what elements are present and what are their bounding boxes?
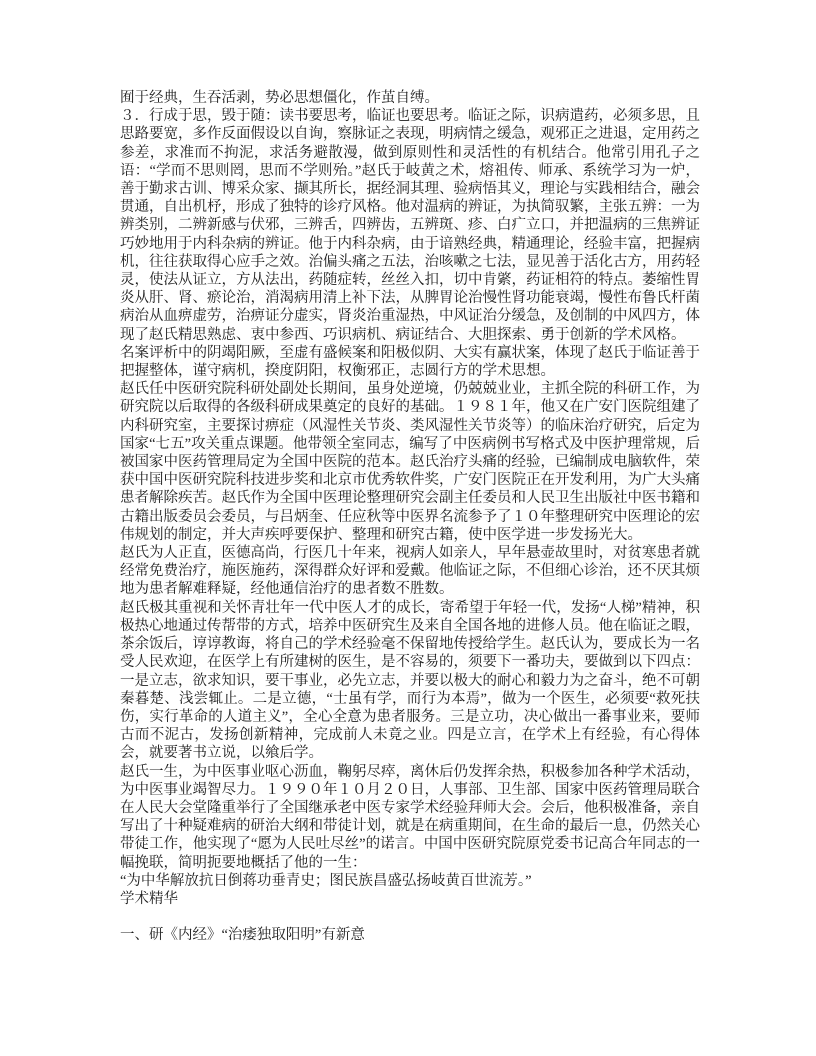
- paragraph: 赵氏一生，为中医事业呕心沥血，鞠躬尽瘁，离休后仍发挥余热，积极参加各种学术活动，…: [120, 763, 700, 872]
- paragraph: 名案评析中的阴竭阳厥，至虚有盛候案和阳极似阴、大实有赢状案，体现了赵氏于临证善于…: [120, 344, 700, 380]
- subsection-title: 学术精华: [120, 890, 700, 908]
- paragraph: 赵氏任中医研究院科研处副处长期间，虽身处逆境，仍兢兢业业，主抓全院的科研工作，为…: [120, 380, 700, 544]
- paragraph: ３．行成于思，毁于随：读书要思考，临证也要思考。临证之际，识病遣药，必须多思，且…: [120, 107, 700, 344]
- paragraph: 囿于经典，生吞活剥，势必思想僵化，作茧自缚。: [120, 89, 700, 107]
- section-heading: 一、研《内经》“治痿独取阳明”有新意: [120, 926, 700, 944]
- document-body: 囿于经典，生吞活剥，势必思想僵化，作茧自缚。３．行成于思，毁于随：读书要思考，临…: [120, 89, 700, 945]
- document-page: 囿于经典，生吞活剥，势必思想僵化，作茧自缚。３．行成于思，毁于随：读书要思考，临…: [0, 0, 816, 1056]
- paragraph: 赵氏极其重视和关怀青壮年一代中医人才的成长，寄希望于年轻一代，发扬“人梯”精神，…: [120, 599, 700, 763]
- elegiac-couplet: “为中华解放抗日倒蒋功垂青史；图民族昌盛弘扬岐黄百世流芳。”: [120, 872, 700, 890]
- paragraph: 赵氏为人正直，医德高尚，行医几十年来，视病人如亲人，早年悬壶故里时，对贫寒患者就…: [120, 544, 700, 599]
